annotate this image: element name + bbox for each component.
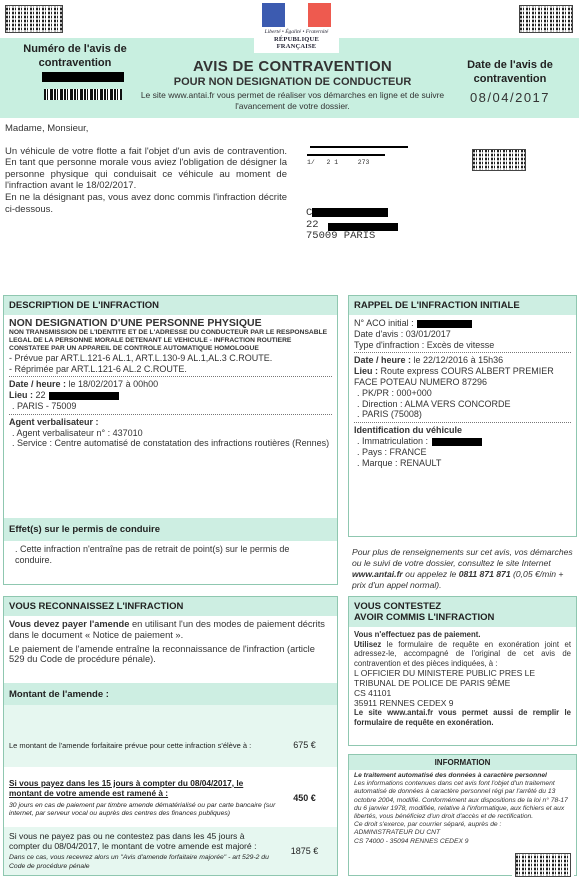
letter-paragraph-2: En ne la désignant pas, vous avez donc c… (5, 192, 287, 215)
recipient-address: C 22 75009 PARIS (306, 208, 375, 243)
information-contact-address: CS 74000 - 35094 RENNES CEDEX 9 (354, 838, 571, 846)
base-amount: 675 € (277, 722, 332, 750)
letter-body: Madame, Monsieur, Un véhicule de votre f… (5, 123, 287, 215)
information-body: Les informations contenues dans cet avis… (354, 780, 571, 821)
notice-title: AVIS DE CONTRAVENTION (130, 58, 455, 75)
information-contact-name: ADMINISTRATEUR DU CNT (354, 829, 571, 837)
divider (354, 422, 571, 423)
license-effect-heading: Effet(s) sur le permis de conduire (4, 518, 337, 541)
datetime-label: Date / heure : (9, 379, 66, 389)
datamatrix-code-bottom (512, 850, 574, 880)
vehicle-brand: . Marque : RENAULT (354, 458, 571, 469)
acknowledge-heading: VOUS RECONNAISSEZ L'INFRACTION (4, 597, 337, 616)
offense-detail: NON TRANSMISSION DE L'IDENTITE ET DE L'A… (9, 329, 332, 353)
redacted-recipient-name (312, 208, 388, 217)
direction: . Direction : ALMA VERS CONCORDE (354, 399, 571, 410)
ref-line-3: 1/ 2 1 273 (307, 159, 397, 167)
online-site-note: Le site www.antai.fr vous permet de réal… (130, 90, 455, 112)
initial-notice-date: Date d'avis : 03/01/2017 (354, 329, 571, 340)
logo-motto: Liberté • Égalité • Fraternité (254, 29, 339, 35)
notice-barcode (44, 89, 122, 100)
redacted-place (49, 392, 119, 400)
reduced-amount-note: 30 jours en cas de paiement par timbre a… (9, 802, 277, 819)
initial-datetime-label: Date / heure : (354, 355, 411, 365)
divider (9, 376, 332, 377)
place-value: 22 (33, 390, 46, 400)
notice-title-block: AVIS DE CONTRAVENTION POUR NON DESIGNATI… (130, 58, 455, 112)
redacted-plate (432, 438, 482, 446)
use-bold: Utilisez (354, 640, 381, 649)
info-note-text: Pour plus de renseignements sur cet avis… (352, 547, 573, 568)
address-line: CS 41101 (354, 688, 571, 698)
offense-title: NON DESIGNATION D'UNE PERSONNE PHYSIQUE (9, 318, 332, 329)
place-city: . PARIS - 75009 (9, 401, 332, 412)
greeting: Madame, Monsieur, (5, 123, 287, 135)
increased-amount-note: Dans ce cas, vous recevrez alors un "Avi… (9, 854, 277, 871)
initial-place-value: Route express COURS ALBERT PREMIER FACE … (354, 366, 554, 387)
agent-label: Agent verbalisateur : (9, 417, 332, 428)
logo-republic: RÉPUBLIQUE FRANÇAISE (254, 36, 339, 50)
letter-paragraph-1: Un véhicule de votre flotte a fait l'obj… (5, 146, 287, 192)
redacted-aco-number (417, 320, 472, 328)
contest-heading-line-1: VOUS CONTESTEZ (354, 601, 571, 612)
contest-site-note: Le site www.antai.fr vous permet aussi d… (354, 708, 571, 727)
datamatrix-code-top-left (2, 2, 66, 36)
datetime-value: le 18/02/2017 à 00h00 (66, 379, 158, 389)
phone-number: 0811 871 871 (459, 569, 511, 579)
contest-box: VOUS CONTESTEZ AVOIR COMMIS L'INFRACTION… (348, 596, 577, 746)
increased-amount-label: Si vous ne payez pas ou ne contestez pas… (9, 831, 277, 851)
contest-address: L OFFICIER DU MINISTERE PUBLIC PRES LE T… (354, 668, 571, 708)
amount-heading: Montant de l'amende : (4, 683, 337, 706)
reduced-amount: 450 € (277, 793, 332, 803)
information-title: Le traitement automatisé des données à c… (354, 772, 571, 780)
reduced-amount-label: Si vous payez dans les 15 jours à compte… (9, 778, 277, 798)
license-effect-text: . Cette infraction n'entraîne pas de ret… (10, 541, 331, 569)
contest-heading-line-2: AVOIR COMMIS L'INFRACTION (354, 612, 571, 623)
reduced-amount-row: Si vous payez dans les 15 jours à compte… (4, 769, 337, 827)
republique-francaise-logo: Liberté • Égalité • Fraternité RÉPUBLIQU… (254, 3, 339, 53)
payment-effect: Le paiement de l'amende entraîne la reco… (9, 644, 332, 666)
notice-number-label: Numéro de l'avis de contravention (20, 42, 130, 70)
information-heading: INFORMATION (349, 755, 576, 770)
pay-bold: Vous devez payer l'amende (9, 619, 129, 629)
antai-link[interactable]: www.antai.fr (352, 569, 403, 579)
info-note: Pour plus de renseignements sur cet avis… (352, 547, 577, 591)
description-heading: DESCRIPTION DE L'INFRACTION (4, 296, 337, 315)
marianne-flag-icon (262, 3, 332, 27)
initial-city: . PARIS (75008) (354, 409, 571, 420)
notice-subtitle: POUR NON DESIGNATION DE CONDUCTEUR (130, 76, 455, 88)
address-line: L OFFICIER DU MINISTERE PUBLIC PRES LE (354, 668, 571, 678)
agent-number: . Agent verbalisateur n° : 437010 (9, 428, 332, 439)
initial-datetime-value: le 22/12/2016 à 15h36 (411, 355, 503, 365)
initial-offense-box: RAPPEL DE L'INFRACTION INITIALE N° ACO i… (348, 295, 577, 537)
place-label: Lieu : (9, 390, 33, 400)
description-box: DESCRIPTION DE L'INFRACTION NON DESIGNAT… (3, 295, 338, 585)
base-amount-row: Le montant de l'amende forfaitaire prévu… (4, 705, 337, 767)
increased-amount: 1875 € (277, 846, 332, 856)
base-amount-label: Le montant de l'amende forfaitaire prévu… (9, 723, 277, 750)
redacted-ref-line-1 (307, 143, 397, 151)
acknowledge-box: VOUS RECONNAISSEZ L'INFRACTION Vous deve… (3, 596, 338, 876)
divider (9, 414, 332, 415)
info-note-text-2: ou appelez le (403, 569, 459, 579)
contest-heading: VOUS CONTESTEZ AVOIR COMMIS L'INFRACTION (349, 597, 576, 627)
recipient-street-line: 22 (306, 220, 375, 232)
recipient-city: 75009 PARIS (306, 231, 375, 243)
datamatrix-code-top-right (516, 2, 576, 36)
address-line: 35911 RENNES CEDEX 9 (354, 698, 571, 708)
recipient-reference: 1/ 2 1 273 (307, 143, 397, 167)
initial-place-label: Lieu : (354, 366, 378, 376)
datamatrix-code-address (469, 146, 529, 174)
use-rest: le formulaire de requête en exonération … (354, 640, 571, 668)
notice-date: 08/04/2017 (455, 90, 565, 105)
vehicle-country: . Pays : FRANCE (354, 447, 571, 458)
divider (354, 352, 571, 353)
redacted-notice-number (42, 72, 124, 82)
agent-service: . Service : Centre automatisé de constat… (9, 438, 332, 449)
provided-by: - Prévue par ART.L.121-6 AL.1, ART.L.130… (9, 353, 332, 364)
vehicle-label: Identification du véhicule (354, 425, 571, 436)
aco-label: N° ACO initial : (354, 318, 414, 328)
redacted-street (328, 223, 398, 231)
offense-type: Type d'infraction : Excès de vitesse (354, 340, 571, 351)
plate-label: . Immatriculation : (357, 436, 428, 446)
punished-by: - Réprimée par ART.L.121-6 AL.2 C.ROUTE. (9, 364, 332, 375)
information-contact-intro: Ce droit s'exerce, par courrier séparé, … (354, 821, 571, 829)
address-line: TRIBUNAL DE POLICE DE PARIS 9ÈME (354, 678, 571, 688)
increased-amount-row: Si vous ne payez pas ou ne contestez pas… (4, 827, 337, 875)
redacted-ref-line-2 (307, 151, 397, 159)
street-number: 22 (306, 219, 319, 231)
pk-pr: . PK/PR : 000+000 (354, 388, 571, 399)
notice-date-label: Date de l'avis de contravention (455, 58, 565, 86)
initial-offense-heading: RAPPEL DE L'INFRACTION INITIALE (349, 296, 576, 315)
no-payment: Vous n'effectuez pas de paiement. (354, 630, 571, 640)
